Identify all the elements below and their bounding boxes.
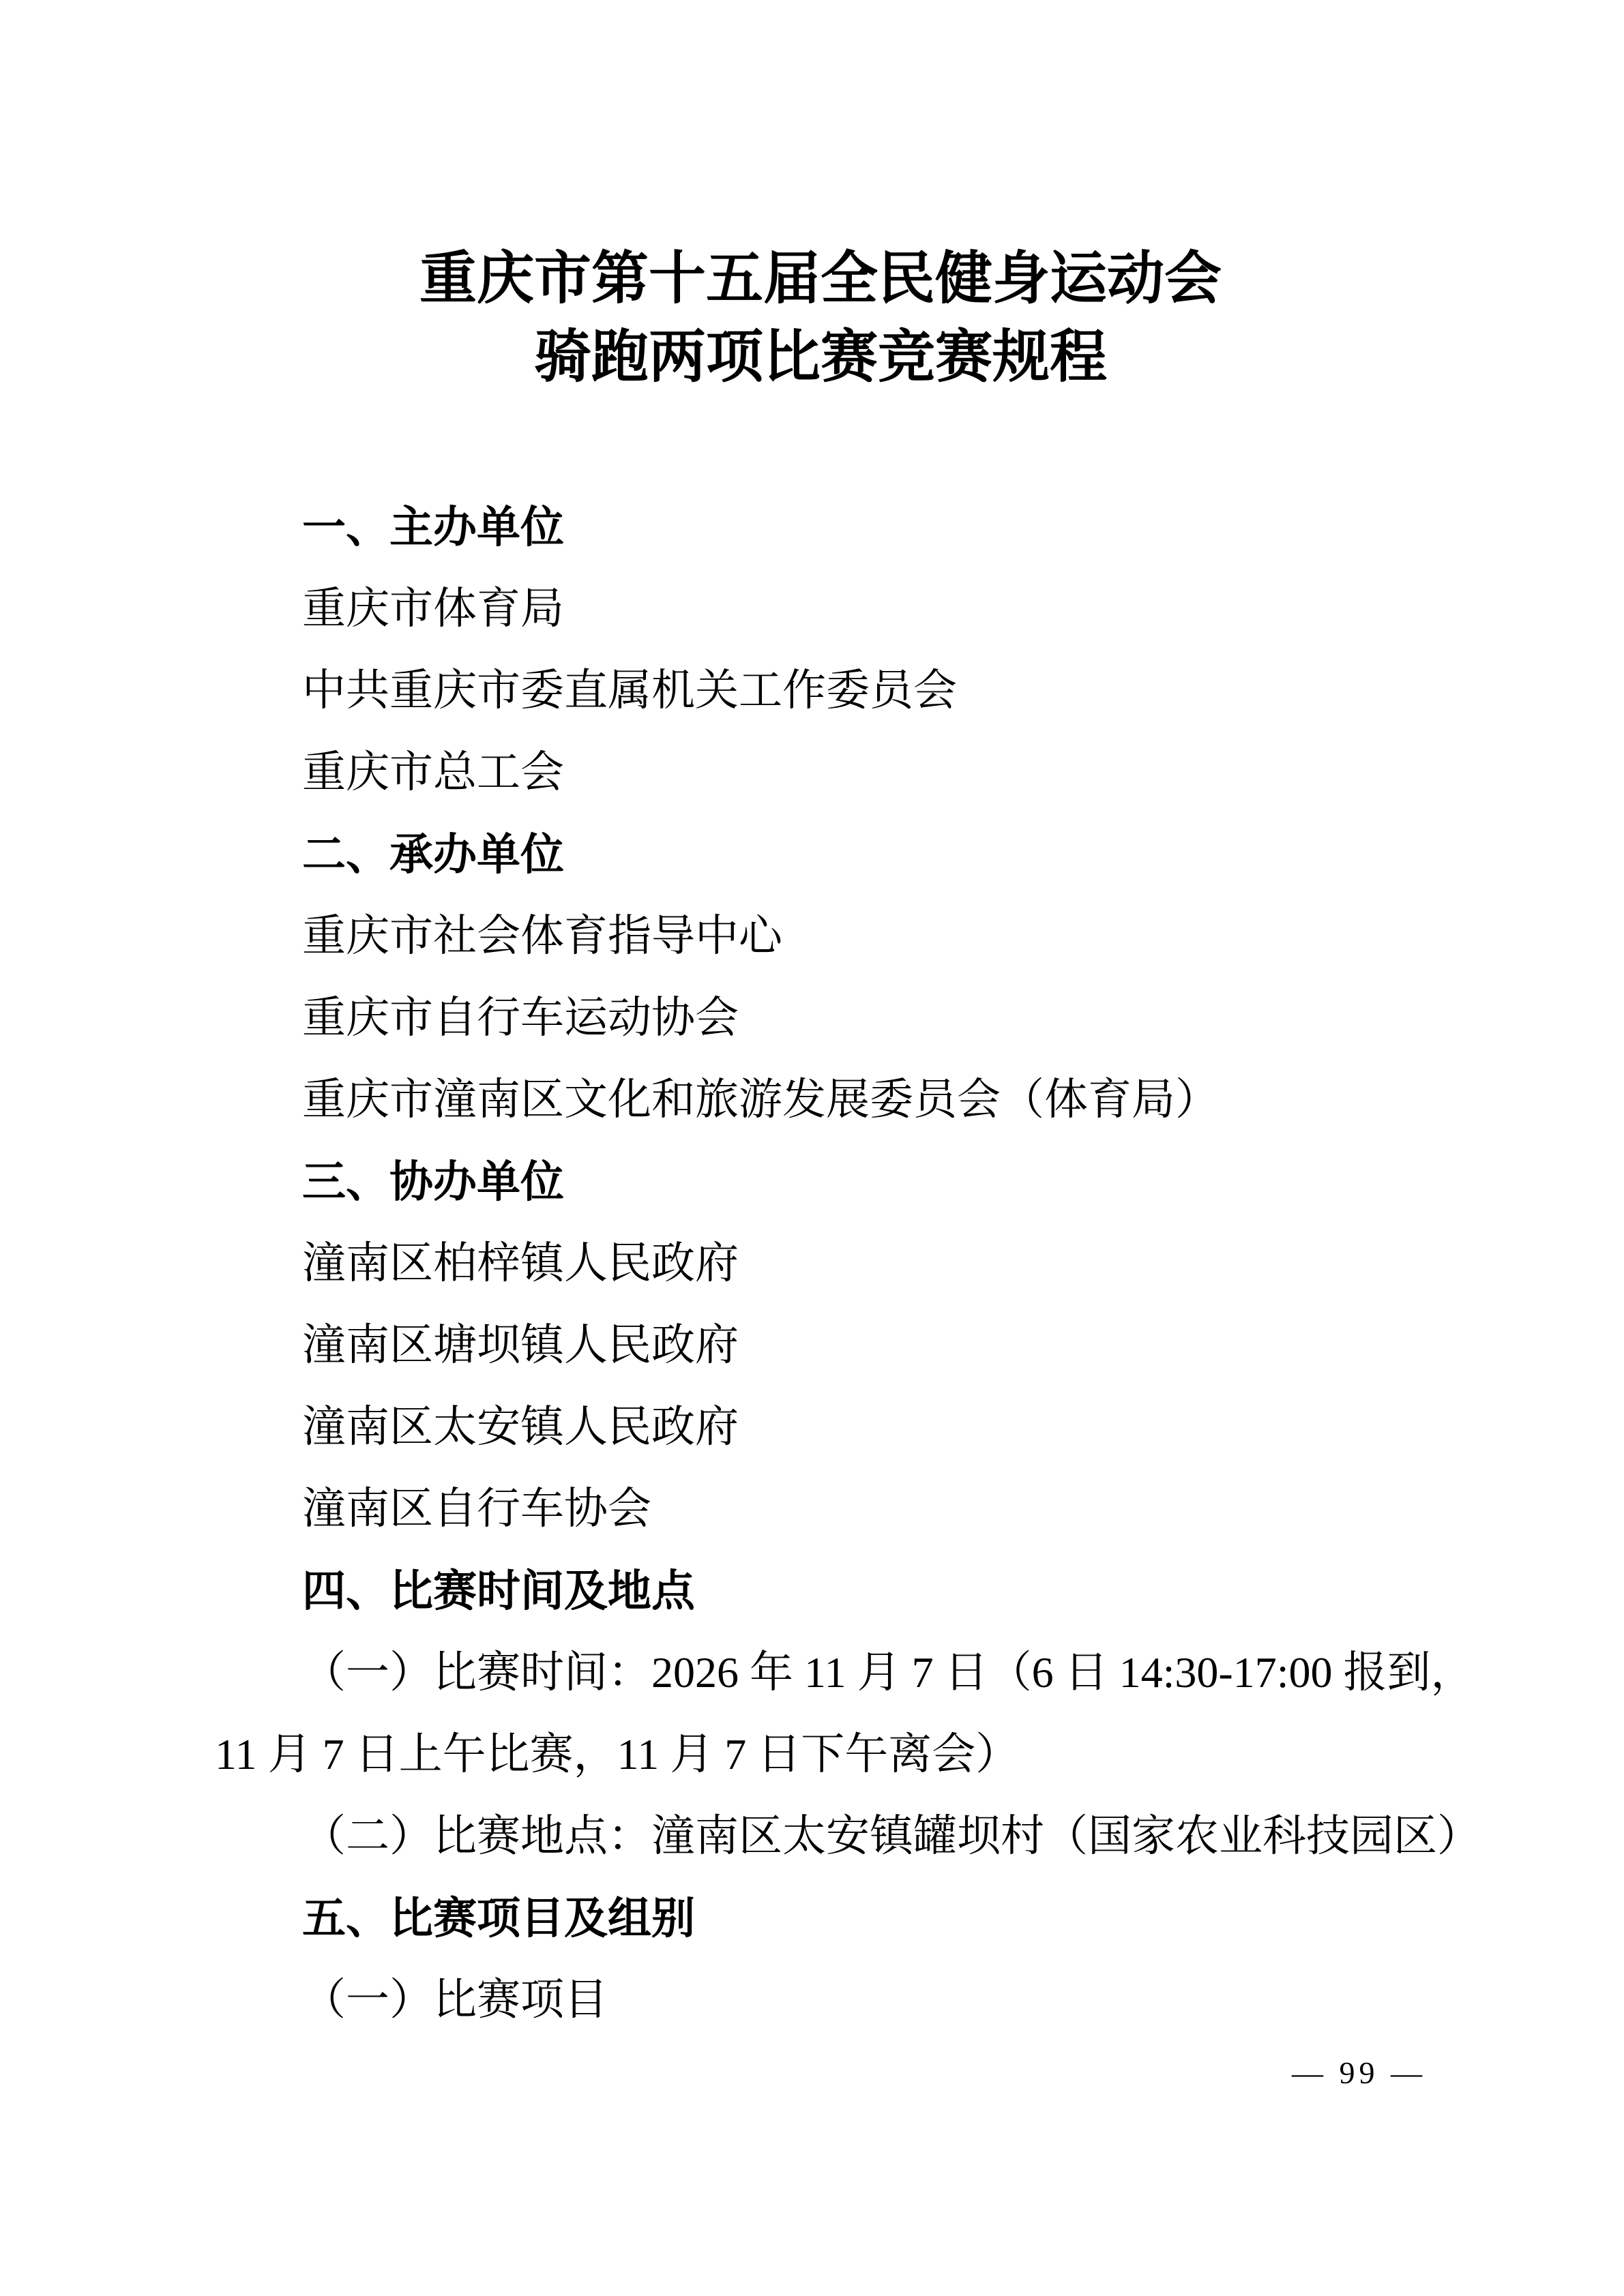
section-3-item: 潼南区太安镇人民政府 — [215, 1386, 1426, 1468]
document-content: 重庆市第十五届全民健身运动会 骑跑两项比赛竞赛规程 一、主办单位 重庆市体育局 … — [215, 0, 1426, 2090]
page-number: — 99 — — [215, 2056, 1426, 2090]
section-5-paragraph-line: （一）比赛项目 — [215, 1959, 1426, 2041]
section-4-heading: 四、比赛时间及地点 — [215, 1550, 1426, 1632]
title-line-1: 重庆市第十五届全民健身运动会 — [215, 240, 1426, 318]
section-2-item: 重庆市自行车运动协会 — [215, 977, 1426, 1059]
document-body: 一、主办单位 重庆市体育局 中共重庆市委直属机关工作委员会 重庆市总工会 二、承… — [215, 486, 1426, 2041]
section-3-item: 潼南区柏梓镇人民政府 — [215, 1223, 1426, 1304]
section-3-heading: 三、协办单位 — [215, 1141, 1426, 1223]
section-3-item: 潼南区塘坝镇人民政府 — [215, 1304, 1426, 1386]
section-4-paragraph-line: 11 月 7 日上午比赛，11 月 7 日下午离会） — [215, 1714, 1426, 1795]
section-1-item: 重庆市总工会 — [215, 732, 1426, 814]
section-1-item: 中共重庆市委直属机关工作委员会 — [215, 650, 1426, 732]
section-4-paragraph-line: （一）比赛时间：2026 年 11 月 7 日（6 日 14:30-17:00 … — [215, 1632, 1426, 1714]
section-3-item: 潼南区自行车协会 — [215, 1468, 1426, 1550]
section-4-paragraph-line: （二）比赛地点：潼南区太安镇罐坝村（国家农业科技园区） — [215, 1795, 1426, 1877]
section-5-heading: 五、比赛项目及组别 — [215, 1877, 1426, 1959]
title-line-2: 骑跑两项比赛竞赛规程 — [215, 318, 1426, 397]
section-1-item: 重庆市体育局 — [215, 568, 1426, 650]
section-2-item: 重庆市潼南区文化和旅游发展委员会（体育局） — [215, 1059, 1426, 1141]
section-1-heading: 一、主办单位 — [215, 486, 1426, 568]
section-2-heading: 二、承办单位 — [215, 814, 1426, 895]
section-2-item: 重庆市社会体育指导中心 — [215, 895, 1426, 977]
document-title: 重庆市第十五届全民健身运动会 骑跑两项比赛竞赛规程 — [215, 240, 1426, 397]
document-page: 重庆市第十五届全民健身运动会 骑跑两项比赛竞赛规程 一、主办单位 重庆市体育局 … — [0, 0, 1624, 2296]
